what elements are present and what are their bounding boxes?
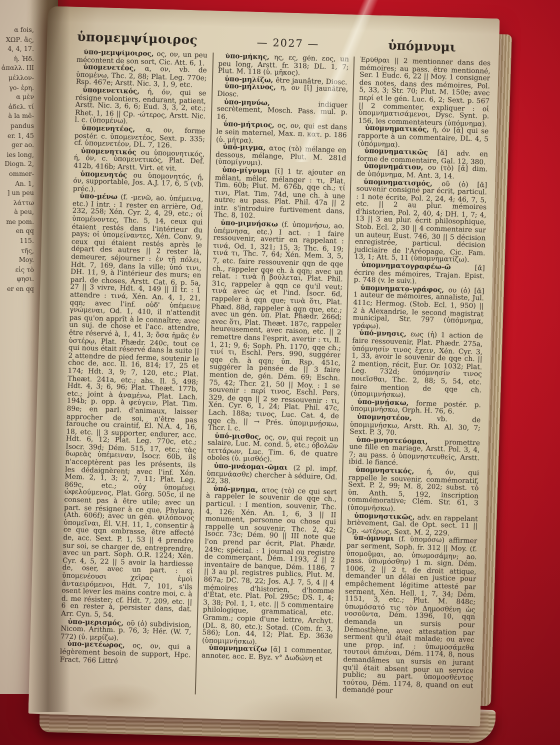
- entry-headword: ὑπο-μνῄσκω,: [357, 398, 416, 408]
- entry-headword: ὑπο-μετέωρος,: [67, 640, 133, 650]
- facing-page-fragments: α fois,ΧΩΡ. ἃς,4, 4, 17.ἡ. Ἠδ.ἀπαλλ. ΙΙΙ…: [0, 26, 34, 295]
- facing-page-line: ἡ. Ἠδ.: [0, 55, 34, 65]
- dictionary-entry: ὑπο-μιμνήσκω (f. ὑπομνήσω, ao. ὑπέμνησα,…: [208, 220, 345, 436]
- dictionary-entry: ὑπομνηματίζω [ᾰ] 1 commenter, annoter, a…: [201, 645, 332, 664]
- entry-headword: ὑπομενητός: [80, 169, 133, 178]
- page-number: — 2027 —: [223, 36, 353, 52]
- facing-page-line: Moy.: [0, 256, 34, 266]
- facing-page-line: 4, 4, 17.: [0, 45, 34, 55]
- entry-headword: ὑπο-μεμψίμοιρος,: [84, 49, 157, 58]
- entry-headword: ὑπομνηματο-γράφος,: [360, 284, 448, 294]
- facing-page-line: à la mê-: [0, 112, 34, 122]
- entry-headword: ὑπο-μίγνυμι: [222, 166, 275, 175]
- entry-headword: ὑπομνηστικῶς,: [354, 511, 417, 521]
- facing-page-line: ΧΩΡ. ἃς,: [0, 36, 34, 46]
- facing-page-line: An. 1,: [0, 180, 34, 190]
- entry-headword: ὑπο-μερισμός,: [68, 617, 127, 627]
- entry-headword: ὑπο-μήλινος,: [224, 82, 280, 92]
- dictionary-entry: ὑπό-μνησις, εως (ἡ) 1 action de faire re…: [351, 330, 484, 402]
- entry-headword: ὑπομνηματίζω: [209, 644, 271, 654]
- facing-page-line: εἰς τὸ: [0, 266, 34, 276]
- dictionary-entry: ὑπο-μίγνυμι [ῑ] 1 tr. ajouter en mêlant,…: [214, 167, 346, 224]
- facing-page-line: μέλλον-: [0, 74, 34, 84]
- dictionary-entry: ὑπο-μένω (f. -μενῶ, ao. ὑπέμεινα, etc.) …: [61, 193, 203, 622]
- entry-headword: ὑπό-μνημα,: [213, 485, 262, 494]
- facing-page-line: ommer-: [0, 170, 34, 180]
- facing-page-line: er en qq: [0, 285, 34, 295]
- facing-page-line: er. 1, 45: [0, 132, 34, 142]
- dictionary-column-right: Ἐρύθραι || 2 mentionner dans des mémoire…: [336, 57, 491, 703]
- entry-headword: ὑπό-μιγμα,: [223, 143, 269, 152]
- entry-headword: ὑπο-μηνύω,: [224, 98, 318, 109]
- dictionary-entry: ὑπ-όμνυμι (f. ὑπομόσω) affirmer par serm…: [342, 535, 477, 698]
- facing-page-line: à peu,: [0, 208, 34, 218]
- photo-of-dictionary: α fois,ΧΩΡ. ἃς,4, 4, 17.ἡ. Ἠδ.ἀπαλλ. ΙΙΙ…: [0, 0, 560, 745]
- entry-headword: ὑπο-μνάομαι-ῶμαι: [214, 462, 294, 472]
- entry-headword: ὑπο-μένω: [80, 192, 121, 201]
- dictionary-column-left: ὑπο-μεμψίμοιρος, ος, ον, un peu méconten…: [59, 49, 208, 694]
- dictionary-entry: ὑπο-μετέωρος, ος, ον, qui a légèrement b…: [60, 641, 191, 667]
- entry-headword: ὑπομνηστικός,: [355, 466, 426, 476]
- facing-page-line: ἀδελ. τί: [0, 103, 34, 113]
- entry-headword: ὑπομνημάτιον,: [364, 162, 428, 172]
- entry-headword: ὑπο-μήτριος,: [223, 120, 277, 130]
- header-right-keyword: ὑπόμνυμι: [353, 37, 491, 56]
- dictionary-column-middle: ὑπο-μήκης, ης, ες, gén. εος, un peu long…: [195, 53, 350, 699]
- facing-page-line: τῆς,: [0, 247, 34, 257]
- dictionary-entry: ὑπομνηστικός, ή, όν, qui rappelle le sou…: [347, 467, 479, 516]
- dictionary-entry: ὑπό-μνημα, ατος (τὸ) ce qui sert à rappe…: [202, 485, 337, 648]
- dictionary-entry: ὑπομνηματο-γράφος, ου (ὁ) [ᾰ] 1 auteur d…: [352, 284, 484, 333]
- dictionary-entry: ὑπομενετικός, ή, όν, qui se résigne volo…: [75, 87, 207, 129]
- entry-headword: ὑπομενετέος,: [83, 63, 145, 73]
- facing-page-line: γο- ἐρη.: [0, 84, 34, 94]
- facing-page-line: ] un peu: [0, 189, 34, 199]
- entry-headword: ὑπομνηστέον,: [357, 413, 437, 423]
- text-columns: ὑπο-μεμψίμοιρος, ος, ον, un peu méconten…: [59, 49, 491, 702]
- entry-headword: ὑπο-μήκης,: [225, 53, 274, 62]
- facing-page-line: ies long,: [0, 151, 34, 161]
- facing-page-line: λάττω: [0, 199, 34, 209]
- dictionary-entry: ὑπομνηματισμός, οῦ (ὁ) [ᾰ] souvenir cons…: [354, 178, 487, 265]
- entry-headword: ὑπομνηματογραφέω-ῶ: [361, 261, 475, 272]
- entry-headword: ὑπομνηματικῶς: [364, 147, 437, 157]
- entry-headword: ὑπομενετικός,: [83, 86, 148, 96]
- facing-page-line: α μὲν: [0, 93, 34, 103]
- facing-page-line: en qq: [0, 227, 34, 237]
- facing-page-line: φησι.: [0, 275, 34, 285]
- entry-headword: ὑπο-μνηστεύομαι,: [356, 435, 444, 445]
- facing-page-line: α fois,: [0, 26, 34, 36]
- facing-page-line: me pom.: [0, 218, 34, 228]
- facing-page-line: pandus: [0, 122, 34, 132]
- entry-headword: ὑπομνηματικός,: [365, 124, 433, 134]
- facing-page-line: ἀπαλλ. ΙΙΙ: [0, 64, 34, 74]
- entry-headword: ὑπό-μνησις,: [359, 329, 410, 338]
- facing-page-line: 115.: [0, 237, 34, 247]
- dictionary-entry: Ἐρύθραι || 2 mentionner dans des mémoire…: [358, 57, 491, 129]
- entry-headword: ὑπ-όμνυμι: [353, 534, 398, 543]
- header-left-keyword: ὑπομεμψίμοιρος: [77, 29, 223, 48]
- facing-page-line: Diogn. 2,: [0, 160, 34, 170]
- entry-headword: ὑπό-μισθος,: [215, 432, 265, 441]
- entry-headword: ὑπομενητέος,: [81, 124, 146, 134]
- entry-headword: ὑπο-μιμνήσκω: [221, 219, 282, 229]
- dictionary-page: ὑπομεμψίμοιρος — 2027 — ὑπόμνυμι ὑπο-μεμ…: [28, 6, 500, 726]
- facing-page-line: ger ao.: [0, 141, 34, 151]
- page-content: ὑπομεμψίμοιρος — 2027 — ὑπόμνυμι ὑπο-μεμ…: [29, 6, 500, 710]
- entry-headword: ὑπομενητικός: [81, 147, 141, 157]
- entry-headword: ὑπομνηματισμός,: [363, 177, 441, 187]
